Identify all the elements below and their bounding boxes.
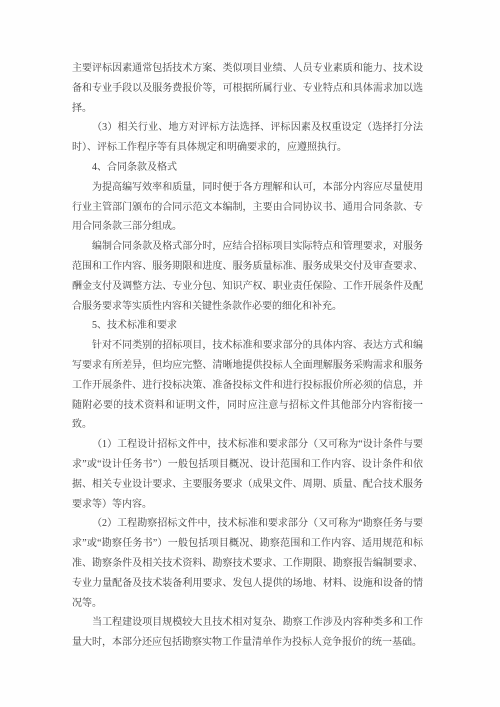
para-contract-model-text: 为提高编写效率和质量，同时便于各方理解和认可，本部分内容应尽量使用行业主管部门颁… [72, 178, 423, 237]
heading-technical-standards: 5、技术标准和要求 [72, 316, 423, 336]
para-contract-clause-details: 编制合同条款及格式部分时，应结合招标项目实际特点和管理要求，对服务范围和工作内容… [72, 237, 423, 316]
para-item-3-evaluation-rules: （3）相关行业、地方对评标方法选择、评标因素及权重设定（选择打分法时）、评标工作… [72, 118, 423, 158]
para-evaluation-factors: 主要评标因素通常包括技术方案、类似项目业绩、人员专业素质和能力、技术设备和专业手… [72, 59, 423, 118]
document-body: 主要评标因素通常包括技术方案、类似项目业绩、人员专业素质和能力、技术设备和专业手… [72, 59, 423, 653]
heading-contract-terms-and-format: 4、合同条款及格式 [72, 158, 423, 178]
para-technical-standards-intro: 针对不同类别的招标项目，技术标准和要求部分的具体内容、表达方式和编写要求有所差异… [72, 336, 423, 435]
para-item-2-survey-tender: （2）工程勘察招标文件中，技术标准和要求部分（又可称为“勘察任务与要求”或“勘察… [72, 514, 423, 613]
para-item-1-design-tender: （1）工程设计招标文件中，技术标准和要求部分（又可称为“设计条件与要求”或“设计… [72, 435, 423, 514]
para-survey-workload-list: 当工程建设项目规模较大且技术相对复杂、勘察工作涉及内容种类多和工作量大时，本部分… [72, 613, 423, 653]
document-page: 主要评标因素通常包括技术方案、类似项目业绩、人员专业素质和能力、技术设备和专业手… [0, 0, 500, 707]
